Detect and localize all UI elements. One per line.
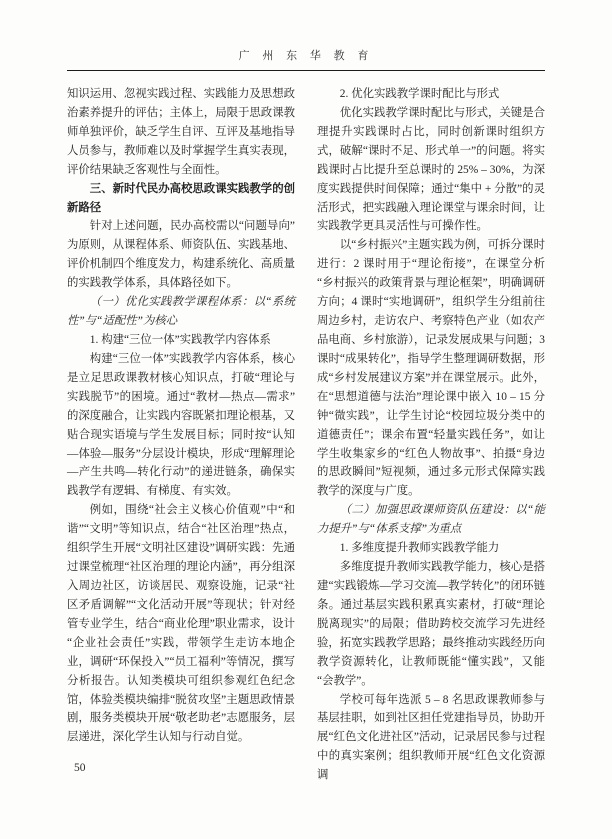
- subsection-heading: （一）优化实践教学课程体系：以“系统性”与“适配性”为核心: [67, 293, 295, 331]
- journal-header: 广 州 东 华 教 育: [67, 47, 545, 63]
- paragraph: 例如，围绕“社会主义核心价值观”中“和谐”“文明”等知识点，结合“社区治理”热点…: [67, 501, 295, 747]
- numbered-heading: 1. 多维度提升教师实践教学能力: [317, 539, 545, 558]
- paragraph: 优化实践教学课时配比与形式，关键是合理提升实践课时占比，同时创新课时组织方式，破…: [317, 104, 545, 236]
- section-heading: 三、新时代民办高校思政课实践教学的创新路径: [67, 180, 295, 218]
- paragraph: 以“乡村振兴”主题实践为例，可拆分课时进行：2 课时用于“理论衔接”，在课堂分析…: [317, 236, 545, 501]
- journal-page: 广 州 东 华 教 育 知识运用、忽视实践过程、实践能力及思想政治素养提升的评估…: [0, 0, 612, 839]
- paragraph: 针对上述问题，民办高校需以“问题导向”为原则，从课程体系、师资队伍、实践基地、评…: [67, 217, 295, 293]
- page-number: 50: [74, 762, 86, 774]
- paragraph: 多维度提升教师实践教学能力，核心是搭建“实践锻炼—学习交流—教学转化”的闭环链条…: [317, 558, 545, 690]
- paragraph-continuation: 知识运用、忽视实践过程、实践能力及思想政治素养提升的评估；主体上，局限于思政课教…: [67, 85, 295, 180]
- subsection-heading: （二）加强思政课师资队伍建设：以“能力提升”与“体系支撑”为重点: [317, 501, 545, 539]
- text-columns: 知识运用、忽视实践过程、实践能力及思想政治素养提升的评估；主体上，局限于思政课教…: [67, 85, 545, 785]
- right-column: 2. 优化实践教学课时配比与形式 优化实践教学课时配比与形式，关键是合理提升实践…: [317, 85, 545, 785]
- numbered-heading: 1. 构建“三位一体”实践教学内容体系: [67, 331, 295, 350]
- header-rule: [67, 70, 545, 71]
- numbered-heading: 2. 优化实践教学课时配比与形式: [317, 85, 545, 104]
- paragraph: 构建“三位一体”实践教学内容体系，核心是立足思政课教材核心知识点，打破“理论与实…: [67, 350, 295, 501]
- paragraph: 学校可每年选派 5 – 8 名思政课教师参与基层挂职，如到社区担任党建指导员，协…: [317, 691, 545, 786]
- left-column: 知识运用、忽视实践过程、实践能力及思想政治素养提升的评估；主体上，局限于思政课教…: [67, 85, 295, 785]
- journal-title: 广 州 东 华 教 育: [239, 50, 374, 62]
